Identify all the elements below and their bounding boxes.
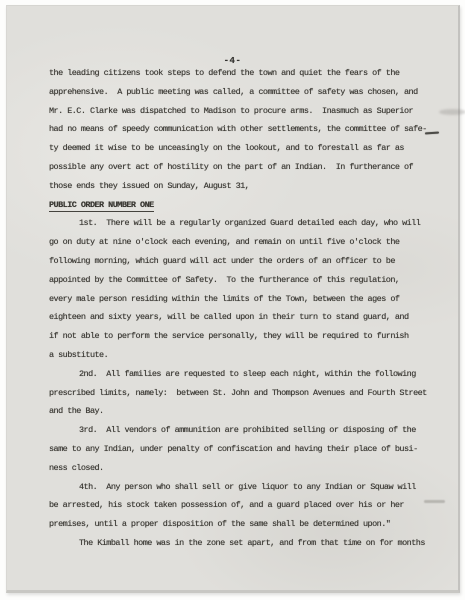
text-line: prescribed limits, namely: between St. J… <box>49 384 437 403</box>
text-line: eighteen and sixty years, will be called… <box>49 308 437 327</box>
paragraph: 4th. Any person who shall sell or give l… <box>49 478 437 534</box>
paragraph: The Kimball home was in the zone set apa… <box>49 534 437 553</box>
text-line: appointed by the Committee of Safety. To… <box>49 271 437 290</box>
scan-frame: -4- the leading citizens took steps to d… <box>0 0 465 600</box>
document-text: the leading citizens took steps to defen… <box>49 64 437 553</box>
text-line: ness closed. <box>49 459 437 478</box>
text-line: a substitute. <box>49 346 437 365</box>
text-line: had no means of speedy communication wit… <box>49 120 437 139</box>
text-line: and the Bay. <box>49 402 437 421</box>
text-line: following morning, which guard will act … <box>49 252 437 271</box>
text-line: premises, until a proper disposition of … <box>49 515 437 534</box>
paragraph: 2nd. All families are requested to sleep… <box>49 365 437 421</box>
paragraph: the leading citizens took steps to defen… <box>49 64 437 196</box>
section-heading: PUBLIC ORDER NUMBER ONE <box>49 196 437 215</box>
text-line: go on duty at nine o'clock each evening,… <box>49 233 437 252</box>
text-line: PUBLIC ORDER NUMBER ONE <box>49 196 437 215</box>
text-line: if not able to perform the service perso… <box>49 327 437 346</box>
text-line: ty deemed it wise to be unceasingly on t… <box>49 139 437 158</box>
paragraph: 3rd. All vendors of ammunition are prohi… <box>49 421 437 477</box>
text-line: the leading citizens took steps to defen… <box>49 64 437 83</box>
paragraph: 1st. There will be a regularly organized… <box>49 214 437 364</box>
underlined-heading-text: PUBLIC ORDER NUMBER ONE <box>49 200 154 212</box>
scanned-page: -4- the leading citizens took steps to d… <box>6 5 460 593</box>
text-line: Mr. E.C. Clarke was dispatched to Madiso… <box>49 102 437 121</box>
gray-smudge-mark <box>424 500 445 503</box>
text-line: be arrested, his stock taken possession … <box>49 496 437 515</box>
text-line: The Kimball home was in the zone set apa… <box>49 534 437 553</box>
text-line: every male person residing within the li… <box>49 290 437 309</box>
smudge-mark <box>439 109 465 115</box>
text-line: those ends they issued on Sunday, August… <box>49 177 437 196</box>
text-line: 3rd. All vendors of ammunition are prohi… <box>49 421 437 440</box>
text-line: apprehensive. A public meeting was calle… <box>49 83 437 102</box>
text-line: same to any Indian, under penalty of con… <box>49 440 437 459</box>
text-line: 4th. Any person who shall sell or give l… <box>49 478 437 497</box>
text-line: 2nd. All families are requested to sleep… <box>49 365 437 384</box>
text-line: possible any overt act of hostility on t… <box>49 158 437 177</box>
text-line: 1st. There will be a regularly organized… <box>49 214 437 233</box>
